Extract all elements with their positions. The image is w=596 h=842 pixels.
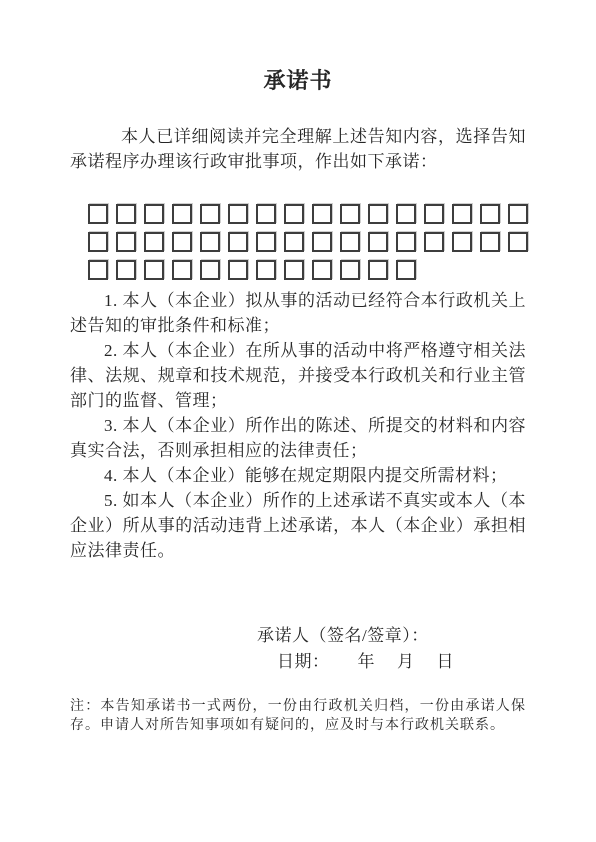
character-box: [200, 204, 220, 224]
character-box: [508, 204, 528, 224]
character-box: [284, 232, 304, 252]
character-box: [284, 260, 304, 280]
character-box: [480, 232, 500, 252]
signer-label: 承诺人（签名/签章）：: [257, 626, 429, 645]
commitment-item: 1. 本人（本企业）拟从事的活动已经符合本行政机关上述告知的审批条件和标准；: [70, 288, 526, 338]
character-box: [228, 204, 248, 224]
box-row: [88, 204, 526, 224]
character-box: [452, 232, 472, 252]
commitment-letter-page: 承诺书 本人已详细阅读并完全理解上述告知内容，选择告知承诺程序办理该行政审批事项…: [0, 0, 596, 842]
date-line: 日期：年月日: [70, 649, 526, 675]
character-box: [256, 260, 276, 280]
character-box: [340, 232, 360, 252]
character-box: [172, 260, 192, 280]
day-label: 日: [437, 652, 455, 671]
character-box: [200, 260, 220, 280]
character-box: [424, 232, 444, 252]
month-label: 月: [397, 652, 415, 671]
character-box: [396, 260, 416, 280]
character-box: [312, 232, 332, 252]
character-box: [368, 232, 388, 252]
character-box: [88, 204, 108, 224]
footnote: 注：本告知承诺书一式两份，一份由行政机关归档，一份由承诺人保存。申请人对所告知事…: [70, 697, 526, 735]
commitment-list: 1. 本人（本企业）拟从事的活动已经符合本行政机关上述告知的审批条件和标准；2.…: [70, 288, 526, 563]
character-box: [88, 260, 108, 280]
character-box: [144, 204, 164, 224]
character-box: [256, 204, 276, 224]
character-box: [368, 260, 388, 280]
character-box: [144, 260, 164, 280]
commitment-item: 4. 本人（本企业）能够在规定期限内提交所需材料；: [70, 463, 526, 488]
character-box: [340, 260, 360, 280]
character-box: [144, 232, 164, 252]
commitment-item: 5. 如本人（本企业）所作的上述承诺不真实或本人（本企业）所从事的活动违背上述承…: [70, 488, 526, 563]
box-row: [88, 232, 526, 252]
character-box: [452, 204, 472, 224]
character-box: [368, 204, 388, 224]
character-box: [396, 232, 416, 252]
character-box: [508, 232, 528, 252]
box-row: [88, 260, 526, 280]
character-box: [312, 260, 332, 280]
commitment-item: 2. 本人（本企业）在所从事的活动中将严格遵守相关法律、法规、规章和技术规范，并…: [70, 338, 526, 413]
character-box: [256, 232, 276, 252]
signer-line: 承诺人（签名/签章）：: [70, 623, 526, 649]
character-box: [228, 232, 248, 252]
character-box: [424, 204, 444, 224]
character-box: [340, 204, 360, 224]
character-box: [172, 232, 192, 252]
character-box: [116, 232, 136, 252]
character-box: [116, 260, 136, 280]
character-box: [172, 204, 192, 224]
year-label: 年: [358, 652, 376, 671]
commitment-item: 3. 本人（本企业）所作出的陈述、所提交的材料和内容真实合法，否则承担相应的法律…: [70, 413, 526, 463]
character-box: [396, 204, 416, 224]
character-box: [88, 232, 108, 252]
character-box: [228, 260, 248, 280]
character-box: [312, 204, 332, 224]
fill-in-box-grid: [88, 204, 526, 280]
character-box: [284, 204, 304, 224]
character-box: [480, 204, 500, 224]
signature-block: 承诺人（签名/签章）： 日期：年月日: [70, 623, 526, 675]
character-box: [116, 204, 136, 224]
date-label: 日期：: [277, 652, 330, 671]
document-title: 承诺书: [70, 66, 526, 96]
intro-paragraph: 本人已详细阅读并完全理解上述告知内容，选择告知承诺程序办理该行政审批事项，作出如…: [70, 124, 526, 174]
character-box: [200, 232, 220, 252]
